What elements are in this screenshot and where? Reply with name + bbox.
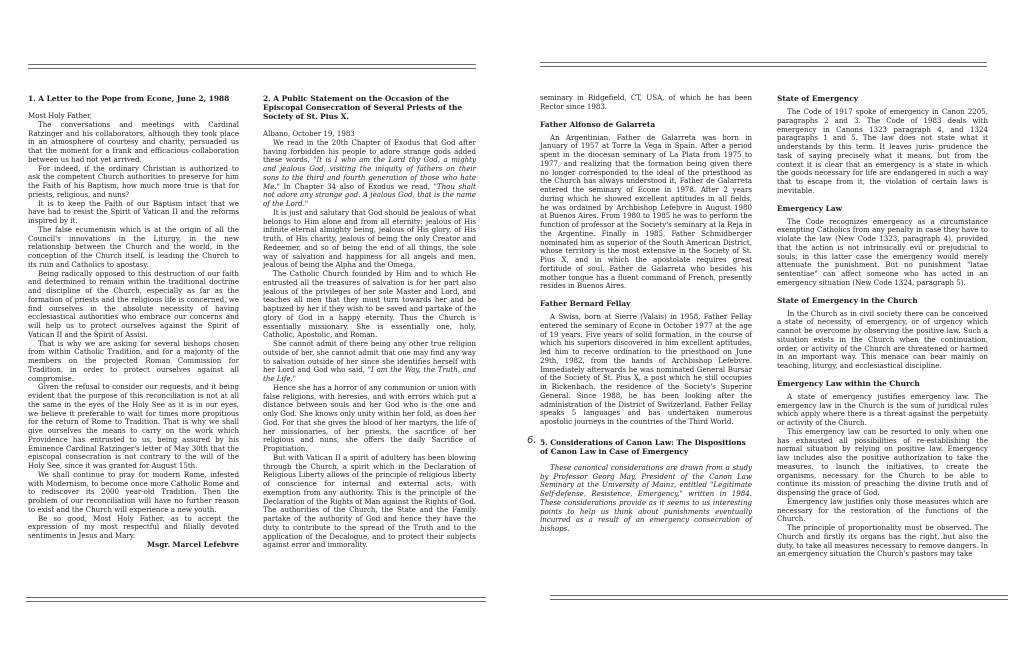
- paragraph: We shall continue to pray for modern Rom…: [28, 471, 239, 515]
- section-heading: 1. A Letter to the Pope from Econe, June…: [28, 94, 239, 103]
- bottom-rule-right: [550, 595, 1008, 600]
- column-2-public-statement: 2. A Public Statement on the Occasion of…: [263, 94, 476, 550]
- paragraph: This emergency law can be resorted to on…: [777, 428, 988, 498]
- paragraph: The false ecumenism which is at the orig…: [28, 226, 239, 270]
- paragraph: An Argentinian, Father de Galarreta was …: [540, 134, 752, 292]
- column-4-emergency-law: State of Emergency The Code of 1917 spok…: [777, 94, 988, 559]
- paragraph: The Catholic Church founded by Him and t…: [263, 270, 476, 340]
- column-3-biographies: seminary in Ridgefield, CT, USA, of whic…: [540, 94, 752, 534]
- top-rule-left: [28, 64, 476, 69]
- subsection-heading: State of Emergency: [777, 94, 988, 103]
- paragraph: A state of emergency justifies emergency…: [777, 393, 988, 428]
- handwritten-number: 6.: [527, 437, 537, 446]
- column-1-letter-to-pope: 1. A Letter to the Pope from Econe, June…: [28, 94, 239, 550]
- section-heading: 2. A Public Statement on the Occasion of…: [263, 94, 476, 121]
- paragraph: Emergency law justifies only those measu…: [777, 498, 988, 524]
- subsection-heading: Father Alfonso de Galarreta: [540, 120, 752, 129]
- text: In Chapter 34 also of Exodus we read,: [280, 182, 434, 191]
- continuation-text: seminary in Ridgefield, CT, USA, of whic…: [540, 94, 752, 112]
- paragraph: Be so good, Most Holy Father, as to acce…: [28, 515, 239, 541]
- paragraph: We read in the 20th Chapter of Exodus th…: [263, 139, 476, 209]
- paragraph: The conversations and meetings with Card…: [28, 121, 239, 165]
- paragraph: These canonical considerations are drawn…: [540, 464, 752, 534]
- canon-law-heading-wrap: 6. 5. Considerations of Canon Law: The D…: [540, 438, 752, 456]
- paragraph: The principle of proportionality must be…: [777, 524, 988, 559]
- paragraph: For indeed, if the ordinary Christian is…: [28, 165, 239, 200]
- paragraph: The Code of 1917 spoke of emergency in C…: [777, 108, 988, 196]
- paragraph: That is why we are asking for several bi…: [28, 340, 239, 384]
- paragraph: Hence she has a horror of any communion …: [263, 384, 476, 454]
- subsection-heading: Emergency Law: [777, 204, 988, 213]
- paragraph: It is to keep the Faith of our Baptism i…: [28, 200, 239, 226]
- paragraph: The Code recognizes emergency as a circu…: [777, 218, 988, 288]
- signature: Msgr. Marcel Lefebvre: [28, 541, 239, 550]
- bottom-rule-left: [26, 597, 486, 602]
- paragraph: But with Vatican II a spirit of adultery…: [263, 454, 476, 550]
- paragraph: A Swiss, born at Sierre (Valais) in 1958…: [540, 313, 752, 427]
- subsection-heading: Father Bernard Fellay: [540, 299, 752, 308]
- subsection-heading: Emergency Law within the Church: [777, 379, 988, 388]
- paragraph: In the Church as in civil society there …: [777, 310, 988, 371]
- subsection-heading: State of Emergency in the Church: [777, 296, 988, 305]
- paragraph: Given the refusal to consider our reques…: [28, 383, 239, 471]
- top-rule-right: [540, 62, 987, 67]
- paragraph: It is just and salutary that God should …: [263, 209, 476, 270]
- section-heading: 5. Considerations of Canon Law: The Disp…: [540, 438, 752, 456]
- paragraph: She cannot admit of there being any othe…: [263, 340, 476, 384]
- paragraph: Being radically opposed to this destruct…: [28, 270, 239, 340]
